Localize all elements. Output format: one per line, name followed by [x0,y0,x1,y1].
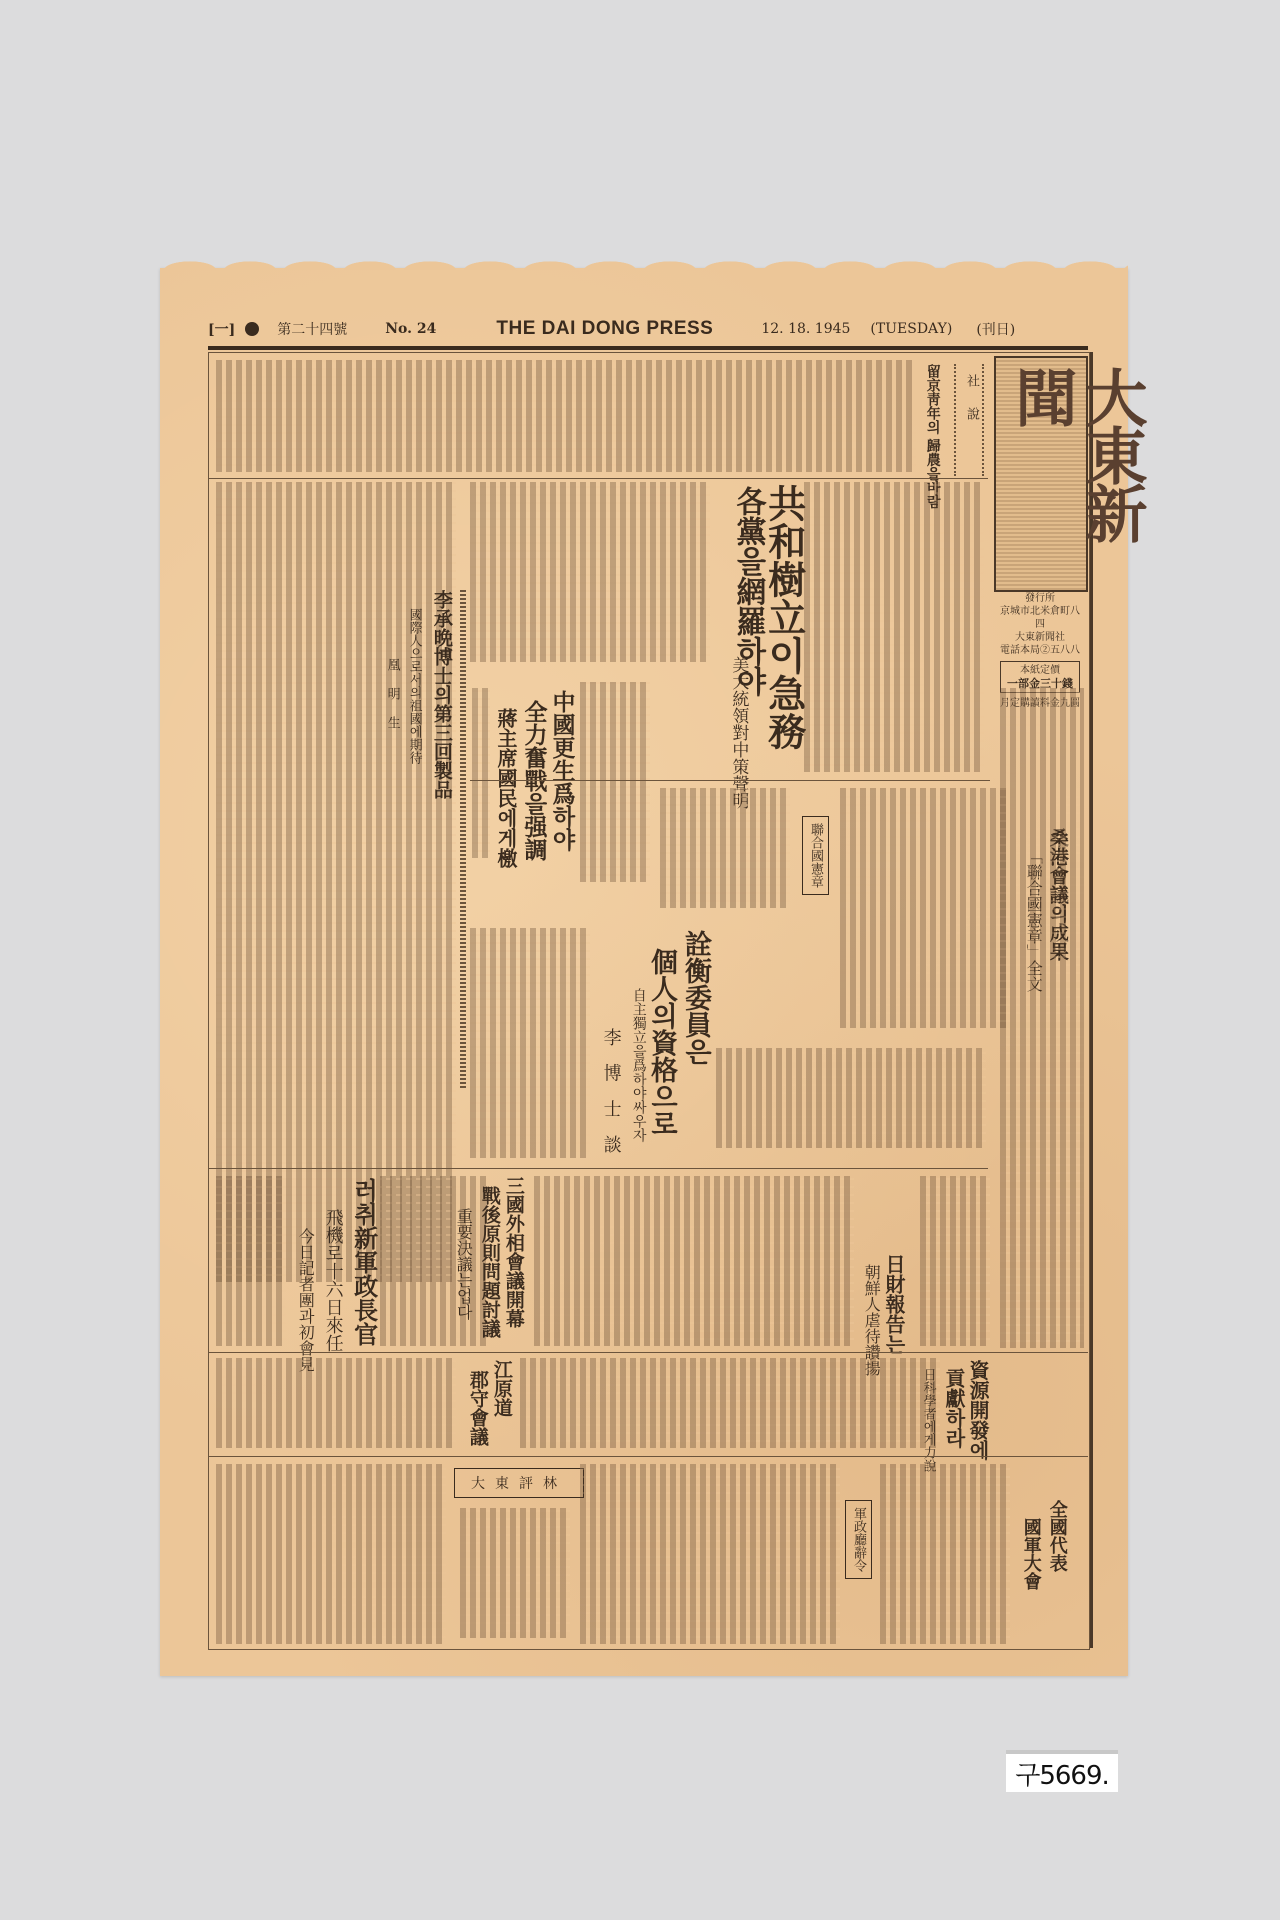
article-body-text [580,1464,840,1644]
article-body-text [1000,688,1084,1348]
un-charter-box: 聯合國憲章 [802,816,829,895]
headline-chiang-main: 中國更生爲하야 [548,690,574,851]
publisher-phone: 電話本局②五八八 [996,644,1084,657]
article-body-text [216,1358,456,1448]
issue-number: No. 24 [385,321,436,337]
publisher-label: 發行所 [996,592,1084,605]
military-gov-notice-box: 軍政廳辭令 [845,1500,872,1579]
article-body-text [216,1464,446,1644]
headline-rhee-defense-main2: 個人의資格으로 [646,948,677,1137]
newspaper-header: [一] 第二十四號 No. 24 THE DAI DONG PRESS 12. … [208,316,1088,342]
article-body-text [216,360,916,472]
editorial-label: 社說 [962,374,981,440]
divider [208,1352,1088,1353]
headline-rhee-defense-main: 詮衡委員은 [680,930,711,1065]
newspaper-page: [一] 第二十四號 No. 24 THE DAI DONG PRESS 12. … [160,268,1128,1676]
headline-resources-2: 貢獻하라 [942,1368,965,1448]
article-body-text [580,682,650,882]
page-marker: [一] [208,319,235,339]
article-body-text [804,482,984,772]
headline-rhee-essay: 李承晩博士의第三回製品 [430,590,452,799]
rhee-essay-author: 凰 明 生 [384,658,400,735]
header-rule [208,346,1088,350]
issue-kanji: 第二十四號 [277,319,347,339]
article-body-text [534,1176,854,1346]
publisher-address: 京城市北米倉町八四 [996,605,1084,631]
publisher-name: 大東新聞社 [996,631,1084,644]
military-governor-sub1: 飛機로十六日來任 [322,1208,344,1352]
publisher-info: 發行所 京城市北米倉町八四 大東新聞社 電話本局②五八八 本紙定價 一部金三十錢… [996,592,1084,682]
article-body-text [472,688,490,858]
headline-foreign-ministers: 三國外相會議開幕 [502,1176,524,1328]
headline-national-assembly: 全國代表 [1046,1500,1067,1572]
article-body-text [216,482,456,1282]
headline-resources: 資源開發에 [966,1360,989,1460]
masthead: 大東新聞 [994,356,1088,592]
headline-military-governor: 러취新軍政長官 [350,1178,378,1346]
rhee-defense-author: 李 博 士 談 [600,1028,622,1159]
headline-gangwon: 江原道 [490,1360,512,1417]
article-body-text [716,1048,986,1148]
rhee-essay-sub: 國際人으로서의祖國에期待 [406,608,422,764]
rhee-defense-sub: 自主獨立을爲하야싸우자 [630,988,647,1142]
issue-weekday: (TUESDAY) [870,321,952,337]
headline-foreign-ministers-2: 戰後原則問題討議 [478,1186,500,1338]
article-body-text [216,1176,286,1346]
article-body-text [880,1464,1010,1644]
article-body-text [470,482,710,662]
article-body-text [470,928,590,1158]
divider [208,1456,1088,1457]
military-governor-sub2: 今日記者團과初會見 [296,1228,315,1372]
editorial-label-box: 社說 [954,364,984,476]
article-body-text [840,788,1010,1028]
paper-title: THE DAI DONG PRESS [496,318,713,340]
foreign-ministers-sub: 重要決議는업다 [454,1208,473,1320]
decorative-border [460,588,466,1088]
headline-us-china-main: 共和樹立이急務 [762,484,806,750]
divider [470,780,990,781]
seal-icon [245,322,259,336]
headline-chiang-sub: 蔣主席國民에게檄 [494,708,517,868]
article-body-text [660,788,790,908]
headline-japan-report: 日財報告는 [882,1254,905,1354]
headline-national-assembly-2: 國軍大會 [1020,1518,1041,1590]
article-body-text [380,1176,490,1346]
masthead-title: 大東新聞 [1006,366,1146,590]
article-body-text [460,1508,570,1638]
price-label: 本紙定價 [1001,664,1079,677]
divider [208,1168,988,1169]
article-body-text [920,1176,990,1346]
headline-gangwon-2: 郡守會議 [466,1370,488,1446]
issue-date: 12. 18. 1945 [761,321,850,337]
archive-tag: 구5669. [1006,1750,1118,1792]
article-body-text [520,1358,940,1448]
headline-us-china-sub: 美大統領對中策聲明 [728,656,748,809]
column-title-box: 大東評林 [454,1468,584,1498]
edition: (刊日) [976,319,1015,339]
divider [208,478,988,479]
